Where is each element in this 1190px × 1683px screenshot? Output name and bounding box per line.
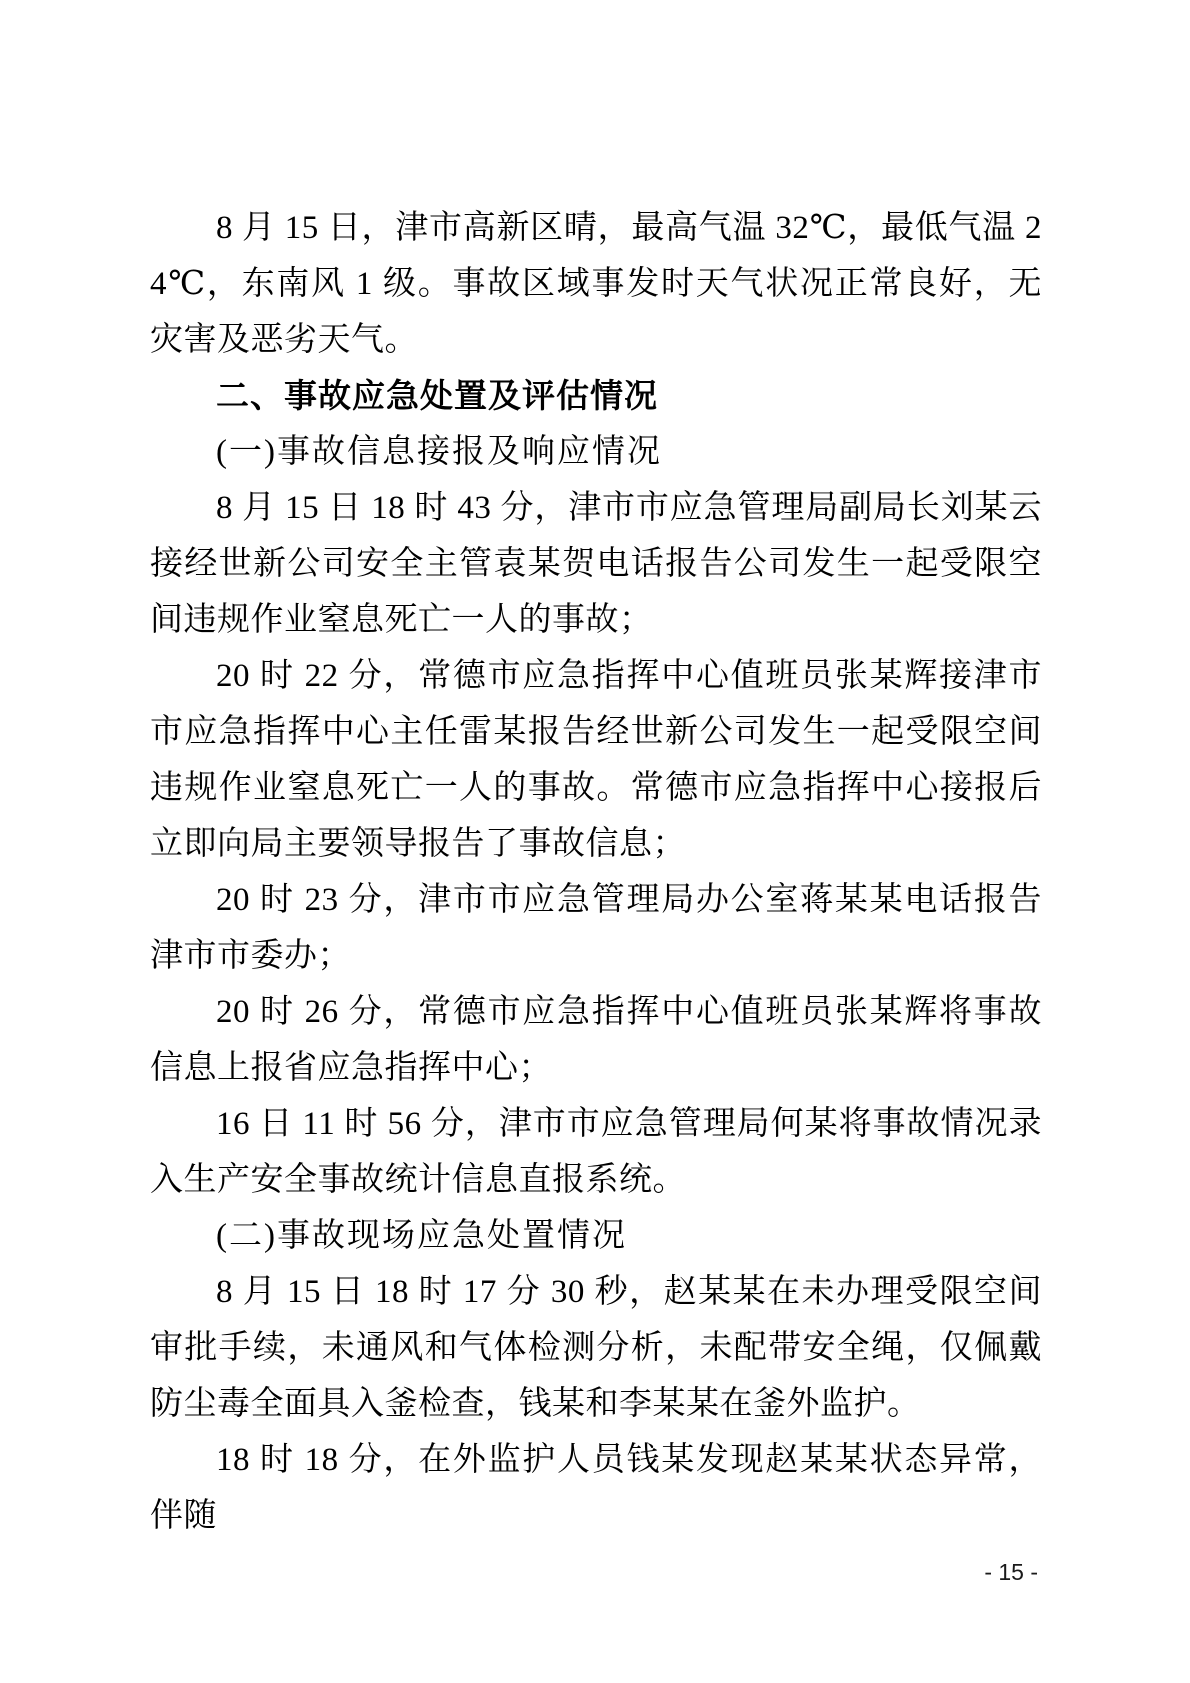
document-body: 8 月 15 日，津市高新区晴，最高气温 32℃，最低气温 24℃，东南风 1 … <box>150 200 1042 1544</box>
paragraph-scene-1818: 18 时 18 分，在外监护人员钱某发现赵某某状态异常，伴随 <box>150 1432 1042 1544</box>
section-heading: 二、事故应急处置及评估情况 <box>150 368 1042 424</box>
subsection-heading-1: (一)事故信息接报及响应情况 <box>150 424 1042 480</box>
paragraph-report-1156: 16 日 11 时 56 分，津市市应急管理局何某将事故情况录入生产安全事故统计… <box>150 1096 1042 1208</box>
page-number: - 15 - <box>984 1558 1038 1586</box>
subsection-heading-2: (二)事故现场应急处置情况 <box>150 1208 1042 1264</box>
paragraph-weather: 8 月 15 日，津市高新区晴，最高气温 32℃，最低气温 24℃，东南风 1 … <box>150 200 1042 368</box>
paragraph-report-2022: 20 时 22 分，常德市应急指挥中心值班员张某辉接津市市应急指挥中心主任雷某报… <box>150 648 1042 872</box>
paragraph-scene-1817: 8 月 15 日 18 时 17 分 30 秒，赵某某在未办理受限空间审批手续，… <box>150 1264 1042 1432</box>
paragraph-report-1843: 8 月 15 日 18 时 43 分，津市市应急管理局副局长刘某云接经世新公司安… <box>150 480 1042 648</box>
document-page: 8 月 15 日，津市高新区晴，最高气温 32℃，最低气温 24℃，东南风 1 … <box>0 0 1190 1683</box>
paragraph-report-2023: 20 时 23 分，津市市应急管理局办公室蒋某某电话报告津市市委办； <box>150 872 1042 984</box>
paragraph-report-2026: 20 时 26 分，常德市应急指挥中心值班员张某辉将事故信息上报省应急指挥中心； <box>150 984 1042 1096</box>
